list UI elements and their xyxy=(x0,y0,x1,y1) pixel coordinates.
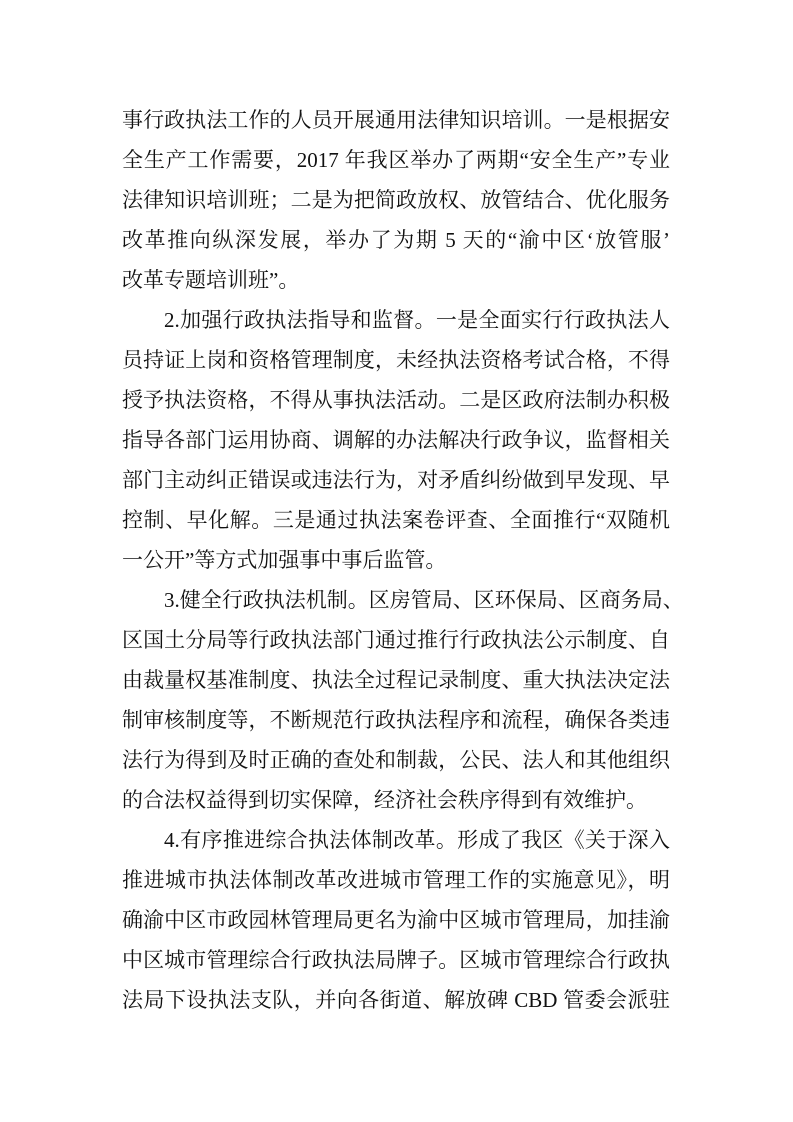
text-line: 改革专题培训班”。 xyxy=(122,260,670,300)
text-line: 法行为得到及时正确的查处和制裁，公民、法人和其他组织 xyxy=(122,740,670,780)
text-line: 3.健全行政执法机制。区房管局、区环保局、区商务局、 xyxy=(122,580,670,620)
text-line: 部门主动纠正错误或违法行为，对矛盾纠纷做到早发现、早 xyxy=(122,460,670,500)
text-line: 中区城市管理综合行政执法局牌子。区城市管理综合行政执 xyxy=(122,940,670,980)
text-line: 全生产工作需要，2017 年我区举办了两期“安全生产”专业 xyxy=(122,140,670,180)
text-line: 由裁量权基准制度、执法全过程记录制度、重大执法决定法 xyxy=(122,660,670,700)
text-line: 员持证上岗和资格管理制度，未经执法资格考试合格，不得 xyxy=(122,340,670,380)
text-line: 2.加强行政执法指导和监督。一是全面实行行政执法人 xyxy=(122,300,670,340)
text-line: 授予执法资格，不得从事执法活动。二是区政府法制办积极 xyxy=(122,380,670,420)
paragraph-mechanism: 3.健全行政执法机制。区房管局、区环保局、区商务局、 区国土分局等行政执法部门通… xyxy=(122,580,670,820)
text-line: 4.有序推进综合执法体制改革。形成了我区《关于深入 xyxy=(122,820,670,860)
text-line: 一公开”等方式加强事中事后监管。 xyxy=(122,540,670,580)
text-line: 制审核制度等，不断规范行政执法程序和流程，确保各类违 xyxy=(122,700,670,740)
text-line: 推进城市执法体制改革改进城市管理工作的实施意见》，明 xyxy=(122,860,670,900)
text-line: 确渝中区市政园林管理局更名为渝中区城市管理局，加挂渝 xyxy=(122,900,670,940)
text-line: 控制、早化解。三是通过执法案卷评查、全面推行“双随机 xyxy=(122,500,670,540)
text-line: 法律知识培训班；二是为把简政放权、放管结合、优化服务 xyxy=(122,180,670,220)
text-line: 改革推向纵深发展，举办了为期 5 天的“渝中区‘放管服’ xyxy=(122,220,670,260)
document-page: 事行政执法工作的人员开展通用法律知识培训。一是根据安 全生产工作需要，2017 … xyxy=(122,100,670,1020)
text-line: 事行政执法工作的人员开展通用法律知识培训。一是根据安 xyxy=(122,100,670,140)
paragraph-reform: 4.有序推进综合执法体制改革。形成了我区《关于深入 推进城市执法体制改革改进城市… xyxy=(122,820,670,1020)
text-line: 的合法权益得到切实保障，经济社会秩序得到有效维护。 xyxy=(122,780,670,820)
text-line: 指导各部门运用协商、调解的办法解决行政争议，监督相关 xyxy=(122,420,670,460)
text-line: 区国土分局等行政执法部门通过推行行政执法公示制度、自 xyxy=(122,620,670,660)
paragraph-training-continued: 事行政执法工作的人员开展通用法律知识培训。一是根据安 全生产工作需要，2017 … xyxy=(122,100,670,300)
paragraph-supervision: 2.加强行政执法指导和监督。一是全面实行行政执法人 员持证上岗和资格管理制度，未… xyxy=(122,300,670,580)
text-line: 法局下设执法支队，并向各街道、解放碑 CBD 管委会派驻 xyxy=(122,980,670,1020)
